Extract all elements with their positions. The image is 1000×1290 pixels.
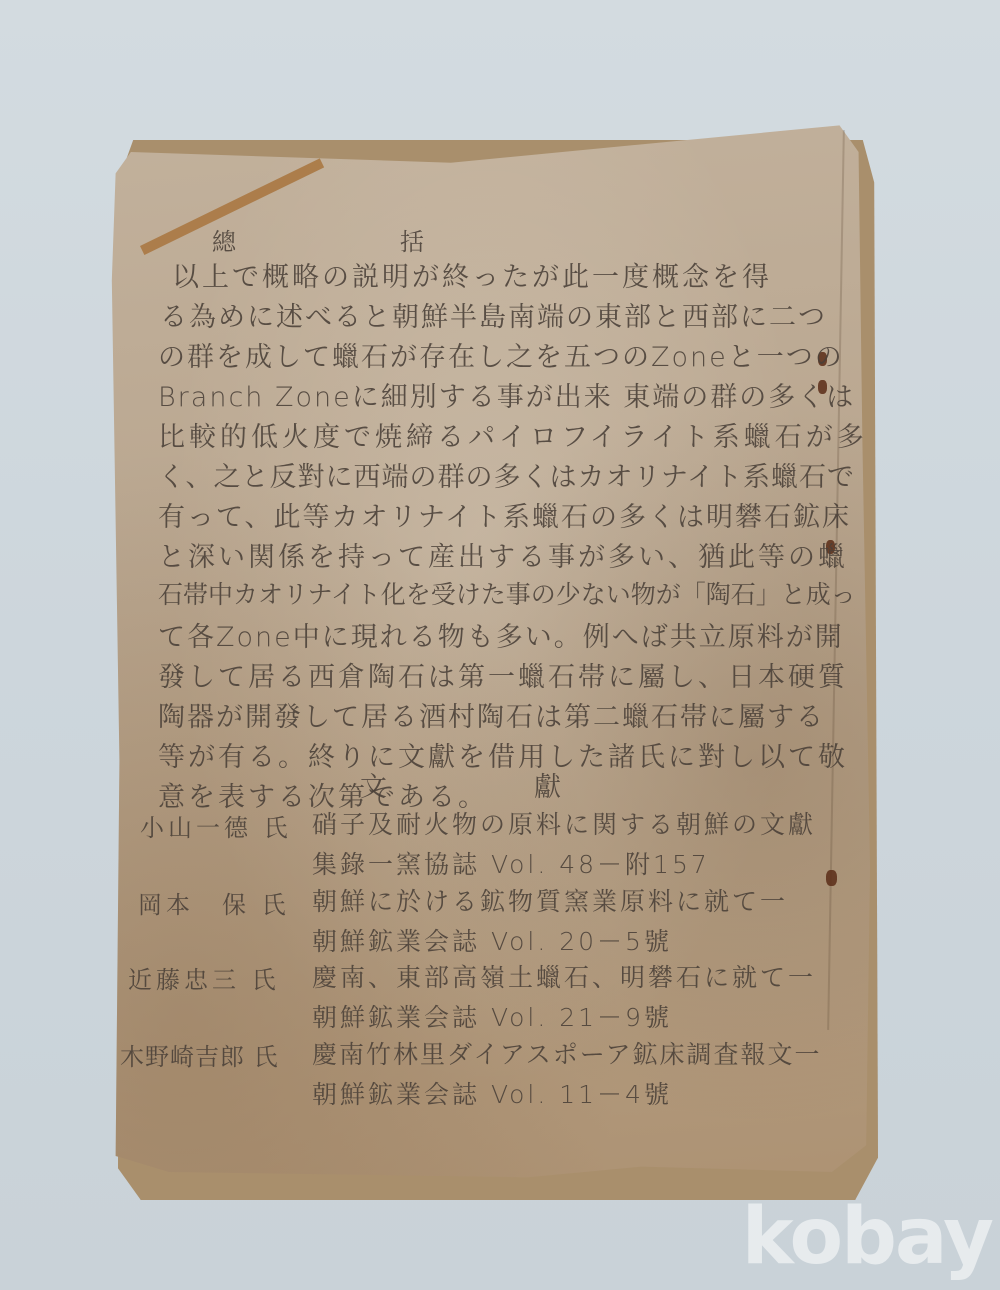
reference-source: 朝鮮鉱業会誌 Vol. 21－9號 xyxy=(312,998,672,1034)
body-line: 比較的低火度で焼締るパイロフイライト系蠟石が多 xyxy=(158,415,868,454)
body-line: る為めに述べると朝鮮半島南端の東部と西部に二つ xyxy=(160,295,827,334)
reference-source: 朝鮮鉱業会誌 Vol. 20－5號 xyxy=(312,922,672,958)
reference-author: 小山一德 氏 xyxy=(140,808,292,843)
body-line: 以上で概略の説明が終ったが此一度概念を得 xyxy=(172,255,772,294)
body-line: く、之と反對に西端の群の多くはカオリナイト系蠟石で xyxy=(158,455,855,494)
watermark-logo: kobay xyxy=(742,1192,992,1282)
body-line: 發して居る西倉陶石は第一蠟石帯に屬し、日本硬質 xyxy=(158,655,848,694)
body-line: Branch Zoneに細別する事が出来 東端の群の多くは xyxy=(158,375,855,414)
staple-rust-mark xyxy=(826,870,837,886)
body-line: 石帯中カオリナイト化を受けた事の少ない物が「陶石」と成っ xyxy=(158,575,856,611)
body-line: と深い関係を持って産出する事が多い、猶此等の蠟 xyxy=(158,535,848,574)
reference-author: 近藤忠三 氏 xyxy=(128,960,280,995)
reference-source: 朝鮮鉱業会誌 Vol. 11－4號 xyxy=(312,1075,672,1111)
reference-title: 慶南竹林里ダイアスポーア鉱床調査報文一 xyxy=(312,1035,822,1071)
reference-author: 岡本 保 氏 xyxy=(138,885,290,920)
body-line: 有って、此等カオリナイト系蠟石の多くは明礬石鉱床 xyxy=(158,495,851,534)
reference-source: 集錄一窯協誌 Vol. 48－附157 xyxy=(312,845,710,881)
body-line: の群を成して蠟石が存在し之を五つのZoneと一つの xyxy=(158,335,844,374)
references-heading: 文 獻 xyxy=(360,765,621,804)
body-line: 陶器が開發して居る酒村陶石は第二蠟石帯に屬する xyxy=(158,695,825,734)
reference-title: 慶南、東部高嶺土蠟石、明礬石に就て一 xyxy=(312,958,816,994)
document-heading: 總 括 xyxy=(212,222,494,257)
reference-author: 木野崎吉郎 氏 xyxy=(120,1037,279,1072)
reference-title: 朝鮮に於ける鉱物質窯業原料に就て一 xyxy=(312,882,788,918)
body-line: て各Zone中に現れる物も多い。例へば共立原料が開 xyxy=(158,615,844,654)
reference-title: 硝子及耐火物の原料に関する朝鮮の文獻 xyxy=(312,805,816,841)
